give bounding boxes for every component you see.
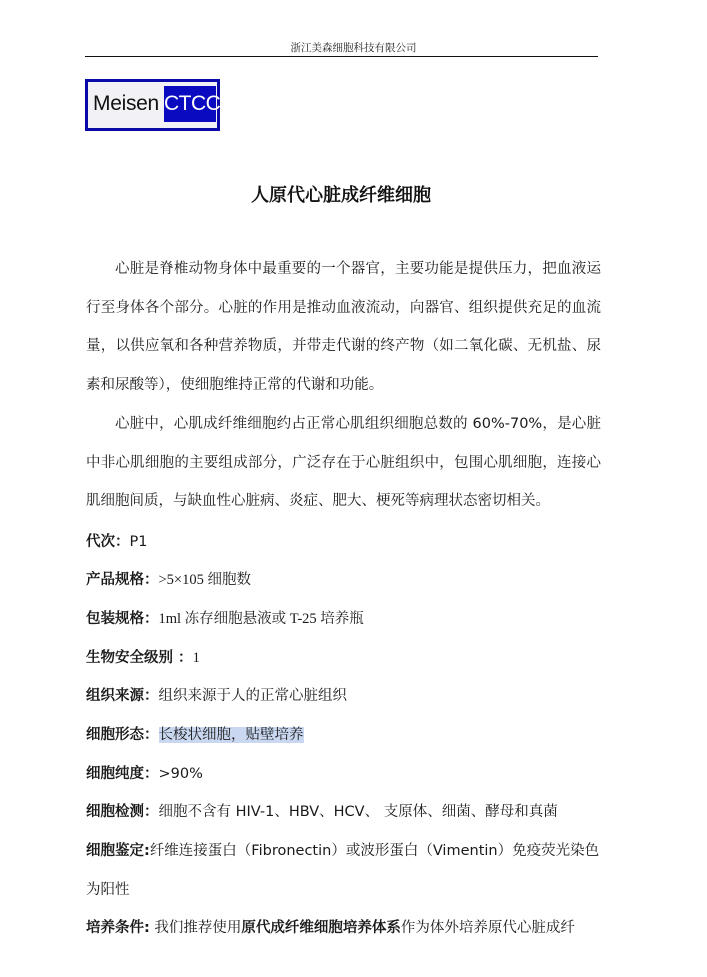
logo-meisen-text: Meisen bbox=[93, 92, 159, 116]
header-divider bbox=[85, 56, 598, 57]
highlighted-selection[interactable]: 长梭状细胞，贴壁培养 bbox=[159, 727, 304, 743]
field-label: 组织来源： bbox=[86, 688, 159, 704]
field-label: 生物安全级别 ： bbox=[86, 650, 193, 666]
field-label: 细胞纯度： bbox=[86, 766, 159, 782]
field-value: 1 bbox=[193, 650, 200, 666]
field-label: 产品规格： bbox=[86, 572, 159, 588]
field-value: 细胞不含有 HIV-1、HBV、HCV、 支原体、细菌、酵母和真菌 bbox=[159, 804, 558, 820]
field-biosafety-level: 生物安全级别 ：1 bbox=[86, 646, 200, 667]
field-value: >5×105 细胞数 bbox=[159, 572, 251, 588]
field-label: 包装规格： bbox=[86, 611, 159, 627]
field-label: 细胞检测： bbox=[86, 804, 159, 820]
field-value: 为阳性 bbox=[86, 882, 130, 898]
field-value: 组织来源于人的正常心脏组织 bbox=[159, 688, 348, 704]
field-cell-purity: 细胞纯度：>90% bbox=[86, 762, 203, 783]
field-cell-testing: 细胞检测：细胞不含有 HIV-1、HBV、HCV、 支原体、细菌、酵母和真菌 bbox=[86, 800, 558, 821]
culture-text-before: 我们推荐使用 bbox=[154, 920, 241, 936]
company-logo: Meisen CTCC bbox=[85, 79, 220, 131]
field-label: 细胞形态： bbox=[86, 727, 159, 743]
field-value: 1ml 冻存细胞悬液或 T-25 培养瓶 bbox=[159, 611, 364, 627]
field-label: 细胞鉴定: bbox=[86, 843, 150, 859]
field-culture-conditions: 培养条件: 我们推荐使用原代成纤维细胞培养体系作为体外培养原代心脏成纤 bbox=[86, 916, 575, 937]
field-value: 纤维连接蛋白（Fibronectin）或波形蛋白（Vimentin）免疫荧光染色 bbox=[150, 843, 599, 859]
culture-system-name: 原代成纤维细胞培养体系 bbox=[241, 920, 401, 936]
logo-ctcc-text: CTCC bbox=[164, 86, 216, 122]
intro-paragraph: 心脏是脊椎动物身体中最重要的一个器官，主要功能是提供压力，把血液运行至身体各个部… bbox=[86, 250, 601, 404]
field-value: P1 bbox=[130, 534, 148, 550]
field-packaging: 包装规格：1ml 冻存细胞悬液或 T-25 培养瓶 bbox=[86, 607, 364, 628]
culture-text-after: 作为体外培养原代心脏成纤 bbox=[401, 920, 575, 936]
field-label: 代次： bbox=[86, 534, 130, 550]
field-label: 培养条件: bbox=[86, 920, 150, 936]
page-header-company: 浙江美森细胞科技有限公司 bbox=[0, 40, 707, 55]
field-cell-identification-cont: 为阳性 bbox=[86, 878, 130, 899]
field-cell-identification: 细胞鉴定:纤维连接蛋白（Fibronectin）或波形蛋白（Vimentin）免… bbox=[86, 839, 599, 860]
fibroblast-paragraph: 心脏中，心肌成纤维细胞约占正常心肌组织细胞总数的 60%-70%，是心脏中非心肌… bbox=[86, 405, 601, 521]
field-cell-morphology: 细胞形态：长梭状细胞，贴壁培养 bbox=[86, 723, 304, 744]
field-value: >90% bbox=[159, 766, 203, 782]
field-passage: 代次：P1 bbox=[86, 530, 147, 551]
logo-inner: Meisen CTCC bbox=[88, 82, 217, 128]
document-title: 人原代心脏成纤维细胞 bbox=[0, 181, 682, 207]
field-product-spec: 产品规格：>5×105 细胞数 bbox=[86, 568, 251, 589]
field-tissue-source: 组织来源：组织来源于人的正常心脏组织 bbox=[86, 684, 347, 705]
